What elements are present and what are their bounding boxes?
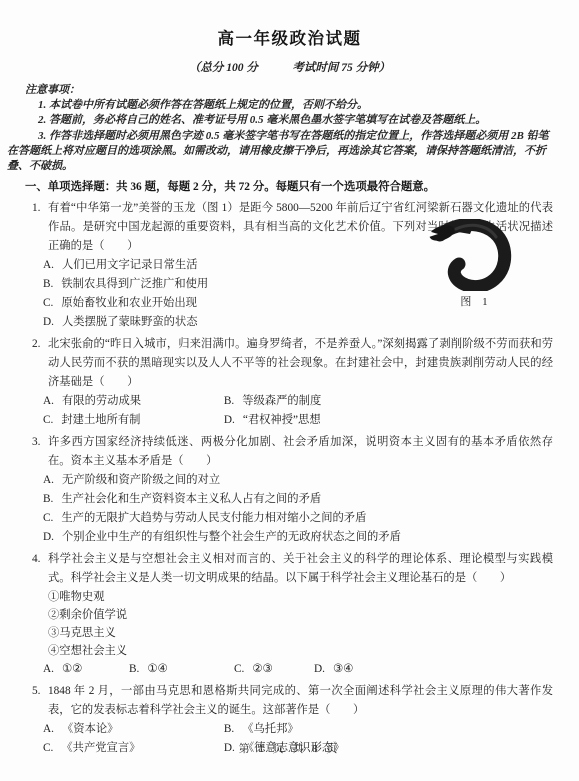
question-number: 4.	[32, 550, 40, 569]
question-stem: 北宋张俞的“昨日入城市，归来泪满巾。遍身罗绮者，不是养蚕人。”深刻揭露了剥削阶级…	[48, 335, 553, 392]
question-4: 4. 科学社会主义是与空想社会主义相对而言的、关于社会主义的科学的理论体系、理论…	[0, 550, 553, 679]
note-item-1: 1. 本试卷中所有试题必须作答在答题纸上规定的位置，否则不给分。	[7, 98, 551, 113]
option-b: B.生产社会化和生产资料资本主义私人占有之间的矛盾	[43, 490, 553, 509]
option-d: D.“君权神授”思想	[224, 411, 321, 430]
jade-dragon-photo-icon	[424, 219, 528, 291]
page-footer: 第 1 页 共 8 页	[0, 740, 579, 756]
question-number: 3.	[32, 433, 40, 452]
option-a: A.①②	[43, 660, 129, 679]
subitem-2: ②剩余价值学说	[48, 606, 553, 624]
notes-heading: 注意事项：	[25, 83, 551, 98]
exam-paper-page: 高一年级政治试题 （总分 100 分 考试时间 75 分钟） 注意事项： 1. …	[0, 0, 579, 781]
question-3: 3. 许多西方国家经济持续低迷、两极分化加剧、社会矛盾加深，说明资本主义固有的基…	[0, 433, 553, 547]
notes-section: 注意事项： 1. 本试卷中所有试题必须作答在答题纸上规定的位置，否则不给分。 2…	[0, 83, 551, 174]
exam-score-time: （总分 100 分 考试时间 75 分钟）	[0, 59, 579, 75]
question-2: 2. 北宋张俞的“昨日入城市，归来泪满巾。遍身罗绮者，不是养蚕人。”深刻揭露了剥…	[0, 335, 553, 430]
question-stem: 1848 年 2 月，一部由马克思和恩格斯共同完成的、第一次全面阐述科学社会主义…	[48, 682, 553, 720]
question-stem: 许多西方国家经济持续低迷、两极分化加剧、社会矛盾加深，说明资本主义固有的基本矛盾…	[48, 433, 553, 471]
question-number: 1.	[32, 199, 40, 218]
subitem-1: ①唯物史观	[48, 588, 553, 606]
option-d: D.人类摆脱了蒙昧野蛮的状态	[43, 313, 553, 332]
option-b: B.《乌托邦》	[224, 720, 299, 739]
question-number: 2.	[32, 335, 40, 354]
page-title: 高一年级政治试题	[0, 25, 579, 49]
option-b: B.①④	[129, 660, 234, 679]
note-item-3: 3. 作答非选择题时必须用黑色字迹 0.5 毫米签字笔书写在答题纸的指定位置上，…	[7, 129, 551, 175]
option-b: B.等级森严的制度	[224, 392, 321, 411]
question-options: A.有限的劳动成果 B.等级森严的制度 C.封建土地所有制 D.“君权神授”思想	[43, 392, 553, 430]
note-item-2: 2. 答题前，务必将自己的姓名、准考证号用 0.5 毫米黑色墨水签字笔填写在试卷…	[7, 113, 551, 128]
option-c: C.生产的无限扩大趋势与劳动人民支付能力相对缩小之间的矛盾	[43, 509, 553, 528]
question-subitems: ①唯物史观 ②剩余价值学说 ③马克思主义 ④空想社会主义	[48, 588, 553, 660]
question-number: 5.	[32, 682, 40, 701]
option-a: A.《资本论》	[43, 720, 221, 739]
option-c: C.封建土地所有制	[43, 411, 221, 430]
option-c: C.②③	[234, 660, 314, 679]
question-options: A.①② B.①④ C.②③ D.③④	[43, 660, 553, 679]
figure-1: 图 1	[424, 219, 528, 309]
section-heading: 一、单项选择题：共 36 题，每题 2 分，共 72 分。每题只有一个选项最符合…	[25, 179, 553, 196]
figure-caption: 图 1	[424, 293, 528, 309]
option-a: A.有限的劳动成果	[43, 392, 221, 411]
question-stem: 科学社会主义是与空想社会主义相对而言的、关于社会主义的科学的理论体系、理论模型与…	[48, 550, 553, 588]
option-a: A.无产阶级和资产阶级之间的对立	[43, 471, 553, 490]
subitem-4: ④空想社会主义	[48, 642, 553, 660]
option-d: D.③④	[314, 660, 353, 679]
subitem-3: ③马克思主义	[48, 624, 553, 642]
question-options: A.无产阶级和资产阶级之间的对立 B.生产社会化和生产资料资本主义私人占有之间的…	[43, 471, 553, 547]
option-d: D.个别企业中生产的有组织性与整个社会生产的无政府状态之间的矛盾	[43, 528, 553, 547]
